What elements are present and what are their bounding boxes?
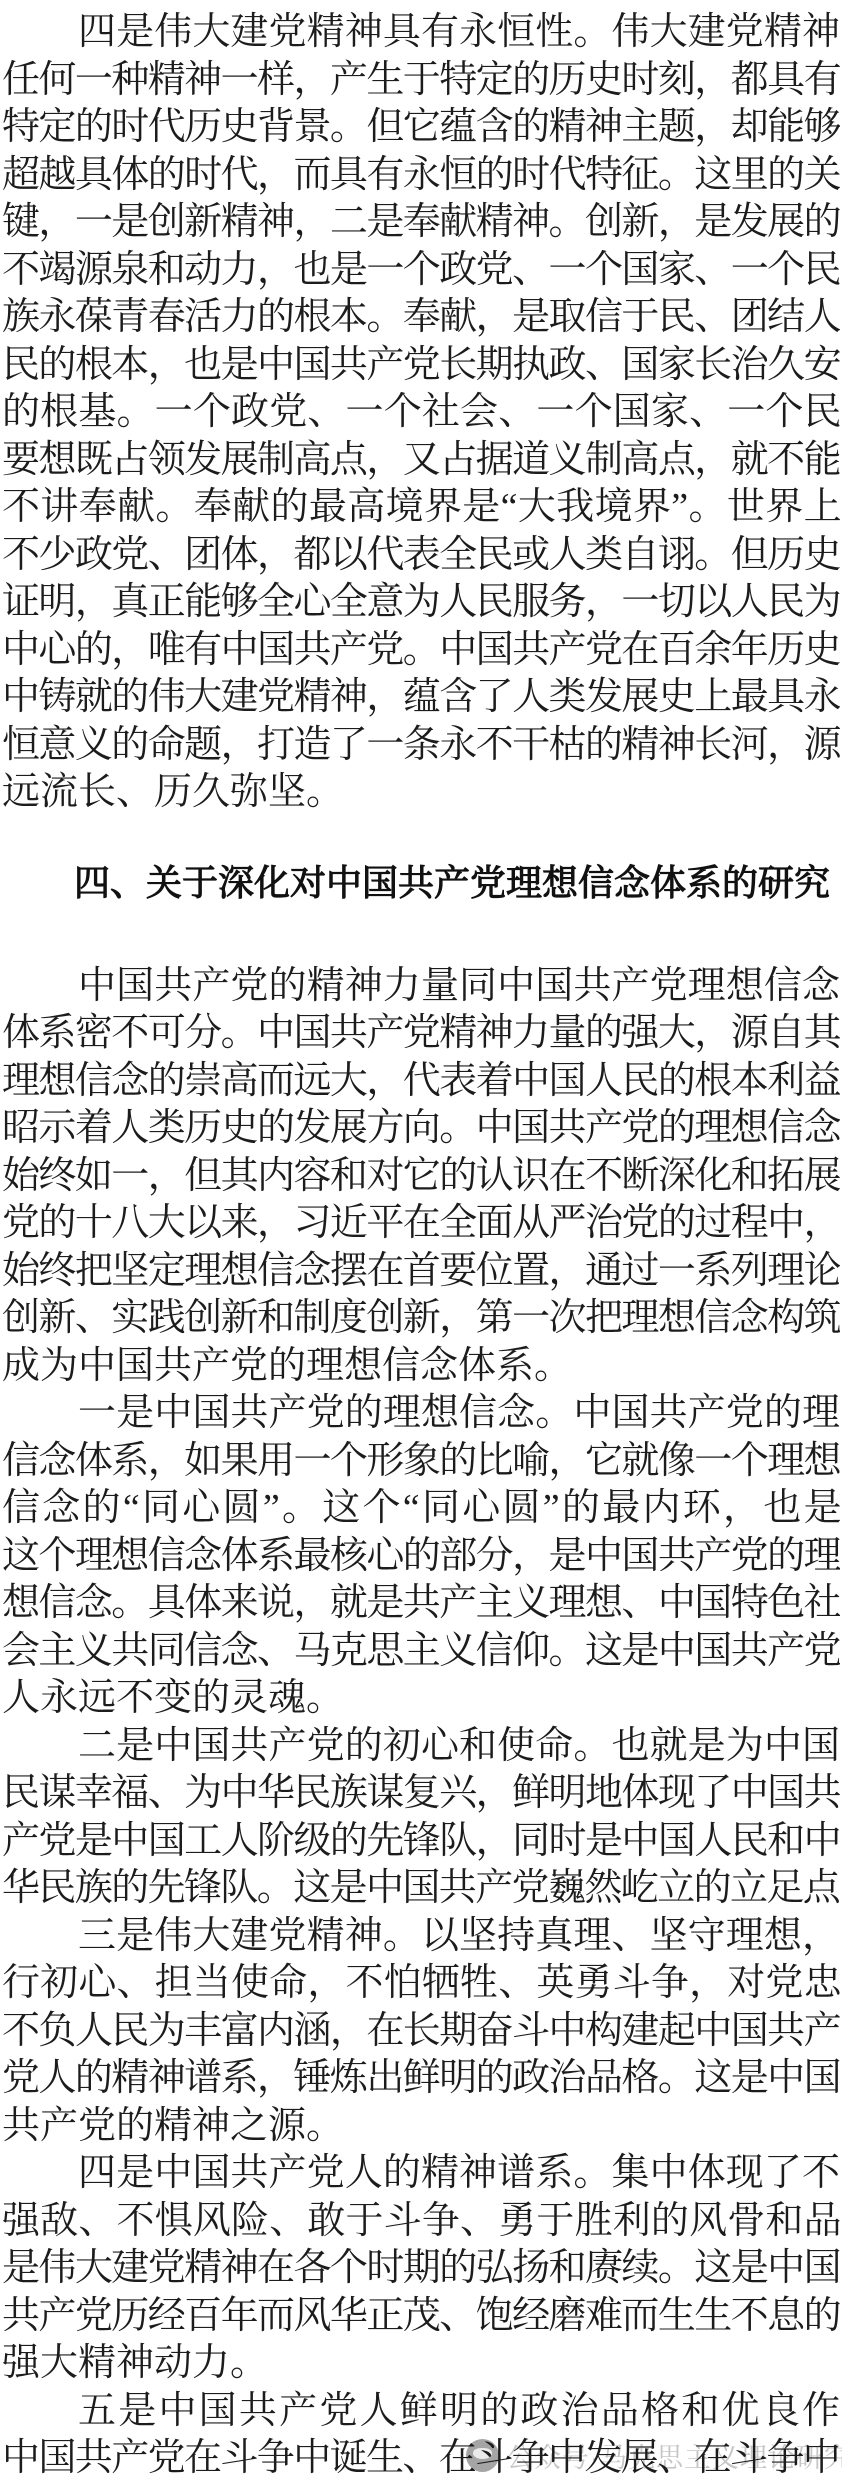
text-line: 始终如一，但其内容和对它的认识在不断深化和拓展 — [2, 1153, 840, 1201]
text-line: 昭示着人类历史的发展方向。中国共产党的理想信念 — [2, 1105, 840, 1153]
text-line: 恒意义的命题，打造了一条永不干枯的精神长河，源 — [2, 722, 840, 770]
text-line: 始终把坚定理想信念摆在首要位置，通过一系列理论 — [2, 1248, 840, 1296]
text-line: 行初心、担当使命，不怕牺牲、英勇斗争，对党忠诚、 — [2, 1960, 840, 2008]
text-line: 强敌、不惧风险、敢于斗争、勇于胜利的风骨和品质， — [2, 2198, 840, 2246]
text-line: 中铸就的伟大建党精神，蕴含了人类发展史上最具永 — [2, 674, 840, 722]
text-block: 四是伟大建党精神具有永恒性。伟大建党精神同任何一种精神一样，产生于特定的历史时刻… — [0, 0, 842, 2483]
document-page: 公众号·马克思主义理论研究 四是伟大建党精神具有永恒性。伟大建党精神同任何一种精… — [0, 0, 842, 2490]
text-line: 证明，真正能够全心全意为人民服务，一切以人民为 — [2, 579, 840, 627]
text-line: 创新、实践创新和制度创新，第一次把理想信念构筑 — [2, 1295, 840, 1343]
text-line: 中心的，唯有中国共产党。中国共产党在百余年历史 — [2, 627, 840, 675]
text-line: 二是中国共产党的初心和使命。也就是为中国人 — [2, 1723, 840, 1771]
text-line: 的根基。一个政党、一个社会、一个国家、一个民族， — [2, 389, 840, 437]
text-line: 华民族的先锋队。这是中国共产党巍然屹立的立足点 — [2, 1865, 840, 1913]
text-line: 不负人民为丰富内涵，在长期奋斗中构建起中国共产 — [2, 2008, 840, 2056]
text-line: 四是伟大建党精神具有永恒性。伟大建党精神同 — [2, 9, 840, 57]
paragraph: 四是中国共产党人的精神谱系。集中体现了不畏强敌、不惧风险、敢于斗争、勇于胜利的风… — [2, 2150, 840, 2388]
text-line: 强大精神动力。 — [2, 2340, 840, 2388]
text-line: 超越具体的时代，而具有永恒的时代特征。这里的关 — [2, 152, 840, 200]
paragraph: 四是伟大建党精神具有永恒性。伟大建党精神同任何一种精神一样，产生于特定的历史时刻… — [2, 9, 840, 817]
text-line: 不竭源泉和动力，也是一个政党、一个国家、一个民 — [2, 247, 840, 295]
text-line: 民的根本，也是中国共产党长期执政、国家长治久安 — [2, 342, 840, 390]
text-line: 任何一种精神一样，产生于特定的历史时刻，都具有 — [2, 57, 840, 105]
text-line: 三是伟大建党精神。以坚持真理、坚守理想，践 — [2, 1913, 840, 1961]
text-line: 这个理想信念体系最核心的部分，是中国共产党的理 — [2, 1533, 840, 1581]
text-line: 不讲奉献。奉献的最高境界是“大我境界”。世界上 — [2, 484, 840, 532]
text-line: 信念体系，如果用一个形象的比喻，它就像一个理想 — [2, 1438, 840, 1486]
text-line: 要想既占领发展制高点，又占据道义制高点，就不能 — [2, 437, 840, 485]
text-line: 中国共产党在斗争中诞生、在斗争中发展、在斗争中 — [2, 2435, 840, 2483]
text-line: 产党是中国工人阶级的先锋队，同时是中国人民和中 — [2, 1818, 840, 1866]
paragraph: 五是中国共产党人鲜明的政治品格和优良作风。中国共产党在斗争中诞生、在斗争中发展、… — [2, 2388, 840, 2483]
text-line: 远流长、历久弥坚。 — [2, 769, 840, 817]
paragraph: 一是中国共产党的理想信念。中国共产党的理想信念体系，如果用一个形象的比喻，它就像… — [2, 1390, 840, 1723]
text-line: 会主义共同信念、马克思主义信仰。这是中国共产党 — [2, 1628, 840, 1676]
text-line: 民谋幸福、为中华民族谋复兴，鲜明地体现了中国共 — [2, 1770, 840, 1818]
text-line: 人永远不变的灵魂。 — [2, 1675, 840, 1723]
text-line: 特定的时代历史背景。但它蕴含的精神主题，却能够 — [2, 104, 840, 152]
text-line: 信念的“同心圆”。这个“同心圆”的最内环，也是 — [2, 1485, 840, 1533]
text-line: 不少政党、团体，都以代表全民或人类自诩。但历史 — [2, 532, 840, 580]
text-line: 共产党的精神之源。 — [2, 2103, 840, 2151]
text-line: 是伟大建党精神在各个时期的弘扬和赓续。这是中国 — [2, 2245, 840, 2293]
text-line: 共产党历经百年而风华正茂、饱经磨难而生生不息的 — [2, 2293, 840, 2341]
text-line: 五是中国共产党人鲜明的政治品格和优良作风。 — [2, 2388, 840, 2436]
text-line: 想信念。具体来说，就是共产主义理想、中国特色社 — [2, 1580, 840, 1628]
text-line: 党人的精神谱系，锤炼出鲜明的政治品格。这是中国 — [2, 2055, 840, 2103]
text-line: 四是中国共产党人的精神谱系。集中体现了不畏 — [2, 2150, 840, 2198]
paragraph: 中国共产党的精神力量同中国共产党理想信念体系密不可分。中国共产党精神力量的强大，… — [2, 963, 840, 1391]
text-line: 体系密不可分。中国共产党精神力量的强大，源自其 — [2, 1010, 840, 1058]
paragraph: 二是中国共产党的初心和使命。也就是为中国人民谋幸福、为中华民族谋复兴，鲜明地体现… — [2, 1723, 840, 1913]
text-line: 一是中国共产党的理想信念。中国共产党的理想 — [2, 1390, 840, 1438]
text-line: 成为中国共产党的理想信念体系。 — [2, 1343, 840, 1391]
paragraph: 三是伟大建党精神。以坚持真理、坚守理想，践行初心、担当使命，不怕牺牲、英勇斗争，… — [2, 1913, 840, 2151]
text-line: 党的十八大以来，习近平在全面从严治党的过程中， — [2, 1200, 840, 1248]
text-line: 键，一是创新精神，二是奉献精神。创新，是发展的 — [2, 199, 840, 247]
text-line: 中国共产党的精神力量同中国共产党理想信念 — [2, 963, 840, 1011]
section-heading: 四、关于深化对中国共产党理想信念体系的研究 — [2, 859, 840, 907]
text-line: 族永葆青春活力的根本。奉献，是取信于民、团结人 — [2, 294, 840, 342]
text-line: 理想信念的崇高而远大，代表着中国人民的根本利益 — [2, 1058, 840, 1106]
